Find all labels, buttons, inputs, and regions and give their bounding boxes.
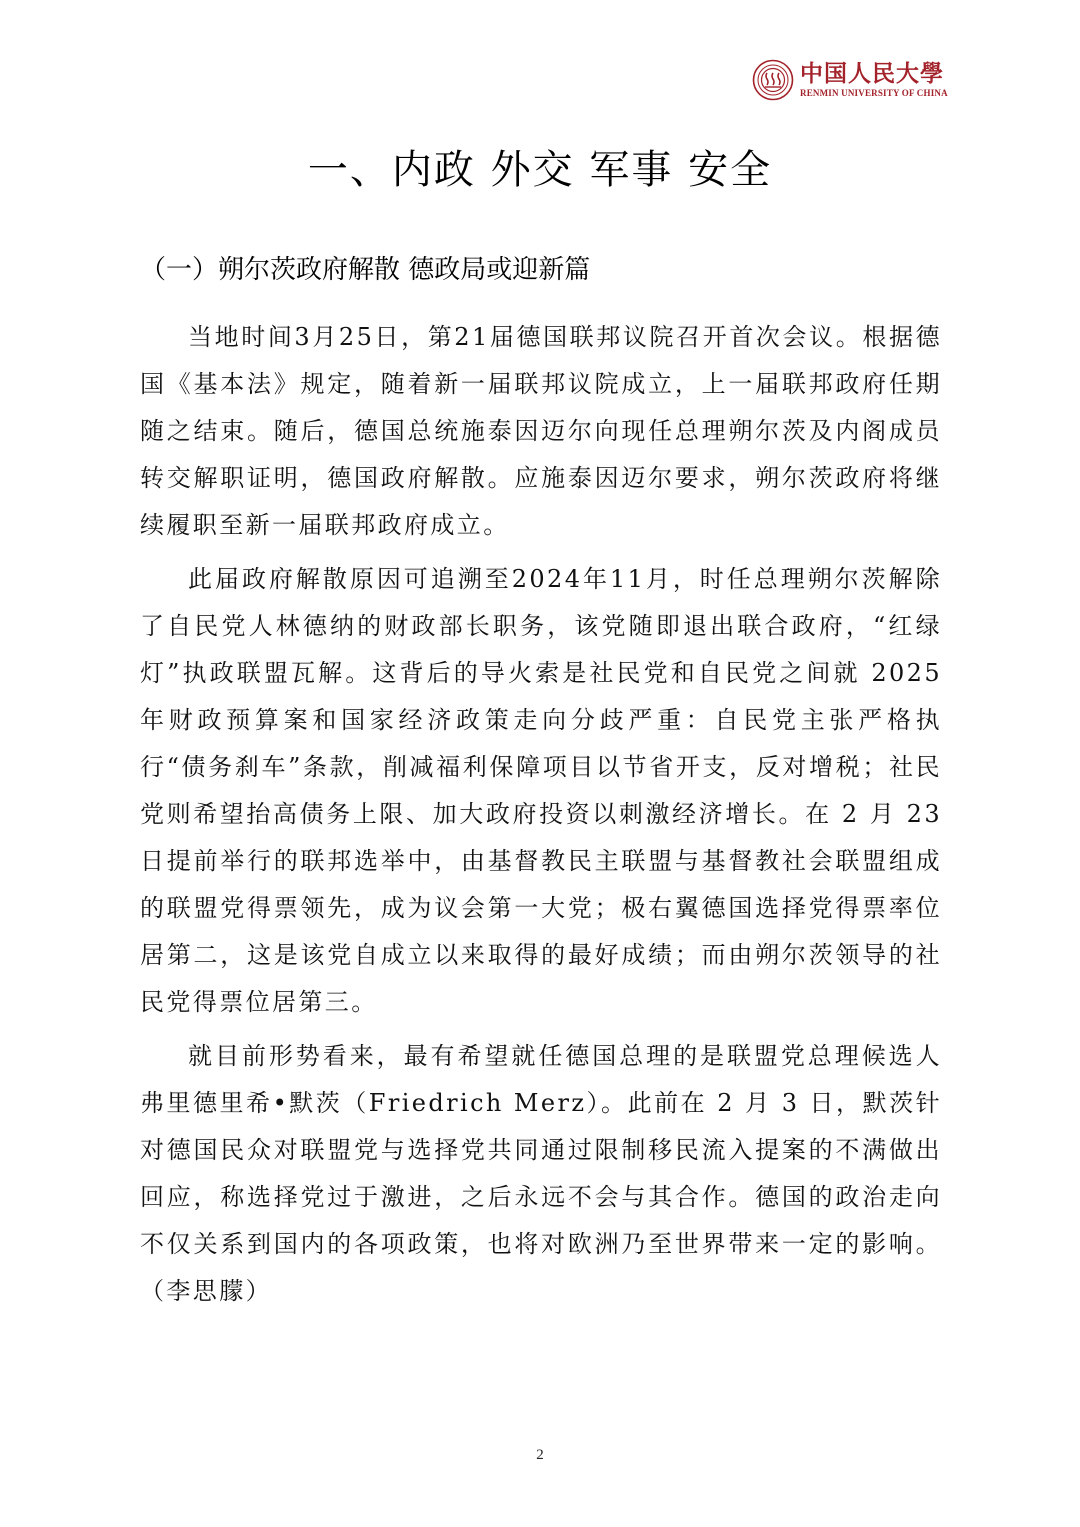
chapter-title: 一、内政 外交 军事 安全 [0,138,1080,202]
university-logo: 中国人民大學 RENMIN UNIVERSITY OF CHINA [752,55,952,105]
page-number: 2 [0,1447,1080,1464]
logo-name-en: RENMIN UNIVERSITY OF CHINA [800,87,948,99]
section-heading: （一）朔尔茨政府解散 德政局或迎新篇 [140,248,590,292]
article-body: 当地时间3月25日，第21届德国联邦议院召开首次会议。根据德国《基本法》规定，随… [140,314,942,1315]
logo-name-cn: 中国人民大學 [800,61,948,87]
paragraph-1: 当地时间3月25日，第21届德国联邦议院召开首次会议。根据德国《基本法》规定，随… [140,314,942,549]
paragraph-3: 就目前形势看来，最有希望就任德国总理的是联盟党总理候选人弗里德里希•默茨（Fri… [140,1033,942,1315]
paragraph-2: 此届政府解散原因可追溯至2024年11月，时任总理朔尔茨解除了自民党人林德纳的财… [140,556,942,1026]
university-seal-icon [752,59,794,101]
